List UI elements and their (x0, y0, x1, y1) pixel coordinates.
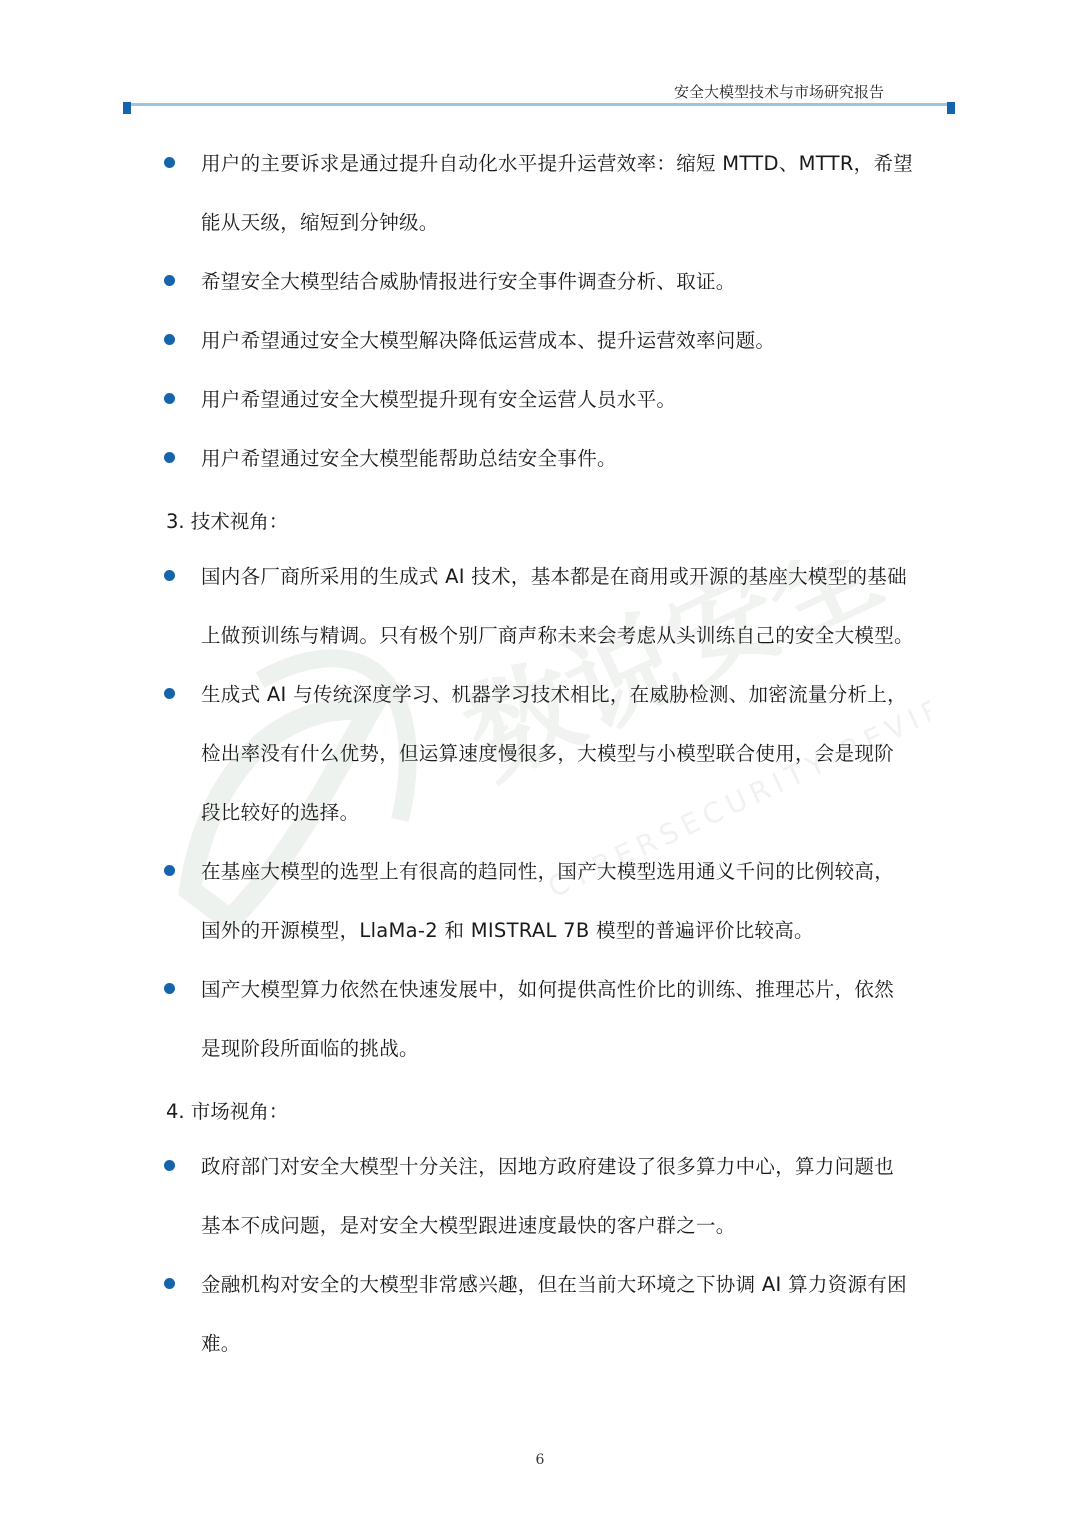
bullet-dot-icon (164, 157, 175, 168)
bullet-dot-icon (164, 275, 175, 286)
bullet-dot-icon (164, 393, 175, 404)
bullet-text-line: 能从天级，缩短到分钟级。 (201, 207, 439, 235)
bullet-text-line: 金融机构对安全的大模型非常感兴趣，但在当前大环境之下协调 AI 算力资源有困 (201, 1269, 907, 1297)
bullet-text-line: 用户希望通过安全大模型能帮助总结安全事件。 (201, 443, 617, 471)
bullet-dot-icon (164, 688, 175, 699)
bullet-text-line: 基本不成问题，是对安全大模型跟进速度最快的客户群之一。 (201, 1210, 736, 1238)
page-number: 6 (0, 1452, 1080, 1468)
bullet-dot-icon (164, 983, 175, 994)
section-heading: 3. 技术视角： (166, 506, 288, 534)
bullet-text-line: 在基座大模型的选型上有很高的趋同性，国产大模型选用通义千问的比例较高， (201, 856, 894, 884)
bullet-dot-icon (164, 1160, 175, 1171)
bullet-text-line: 国产大模型算力依然在快速发展中，如何提供高性价比的训练、推理芯片，依然 (201, 974, 894, 1002)
bullet-text-line: 政府部门对安全大模型十分关注，因地方政府建设了很多算力中心，算力问题也 (201, 1151, 894, 1179)
bullet-text-line: 检出率没有什么优势，但运算速度慢很多，大模型与小模型联合使用，会是现阶 (201, 738, 894, 766)
bullet-dot-icon (164, 334, 175, 345)
bullet-dot-icon (164, 1278, 175, 1289)
bullet-text-line: 生成式 AI 与传统深度学习、机器学习技术相比，在威胁检测、加密流量分析上， (201, 679, 907, 707)
bullet-text-line: 希望安全大模型结合威胁情报进行安全事件调查分析、取证。 (201, 266, 736, 294)
header-title: 安全大模型技术与市场研究报告 (674, 81, 884, 102)
bullet-text-line: 国外的开源模型，LlaMa-2 和 MISTRAL 7B 模型的普遍评价比较高。 (201, 915, 814, 943)
bullet-text-line: 段比较好的选择。 (201, 797, 359, 825)
bullet-text-line: 用户希望通过安全大模型提升现有安全运营人员水平。 (201, 384, 676, 412)
header-rule-cap-left (123, 102, 131, 114)
bullet-dot-icon (164, 570, 175, 581)
bullet-dot-icon (164, 865, 175, 876)
section-heading: 4. 市场视角： (166, 1096, 288, 1124)
header-rule-cap-right (947, 102, 955, 114)
bullet-dot-icon (164, 452, 175, 463)
bullet-text-line: 用户希望通过安全大模型解决降低运营成本、提升运营效率问题。 (201, 325, 775, 353)
bullet-text-line: 难。 (201, 1328, 241, 1356)
bullet-text-line: 国内各厂商所采用的生成式 AI 技术，基本都是在商用或开源的基座大模型的基础 (201, 561, 907, 589)
bullet-text-line: 上做预训练与精调。只有极个别厂商声称未来会考虑从头训练自己的安全大模型。 (201, 620, 914, 648)
bullet-text-line: 是现阶段所面临的挑战。 (201, 1033, 419, 1061)
header-rule (125, 103, 955, 106)
bullet-text-line: 用户的主要诉求是通过提升自动化水平提升运营效率：缩短 MTTD、MTTR，希望 (201, 148, 913, 176)
